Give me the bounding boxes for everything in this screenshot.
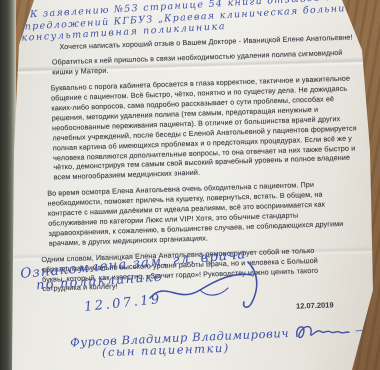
author-signature [293, 320, 352, 343]
photo-of-letter: К заявлению №53 странице 54 книги отзыво… [0, 0, 380, 370]
signature-dash: — [355, 323, 368, 338]
letter-paper: К заявлению №53 странице 54 книги отзыво… [0, 0, 380, 370]
approval-signature [148, 258, 276, 312]
letter-paragraph: Буквально с порога кабинета бросается в … [51, 74, 362, 183]
printed-date: 12.07.2019 [296, 300, 334, 310]
signer-role: (сын пациентки) [102, 341, 230, 359]
letter-paragraph: Во время осмотра Елена Анатольевна очень… [47, 179, 355, 249]
letter-paragraph: Обратиться к ней пришлось в связи необхо… [52, 48, 358, 78]
